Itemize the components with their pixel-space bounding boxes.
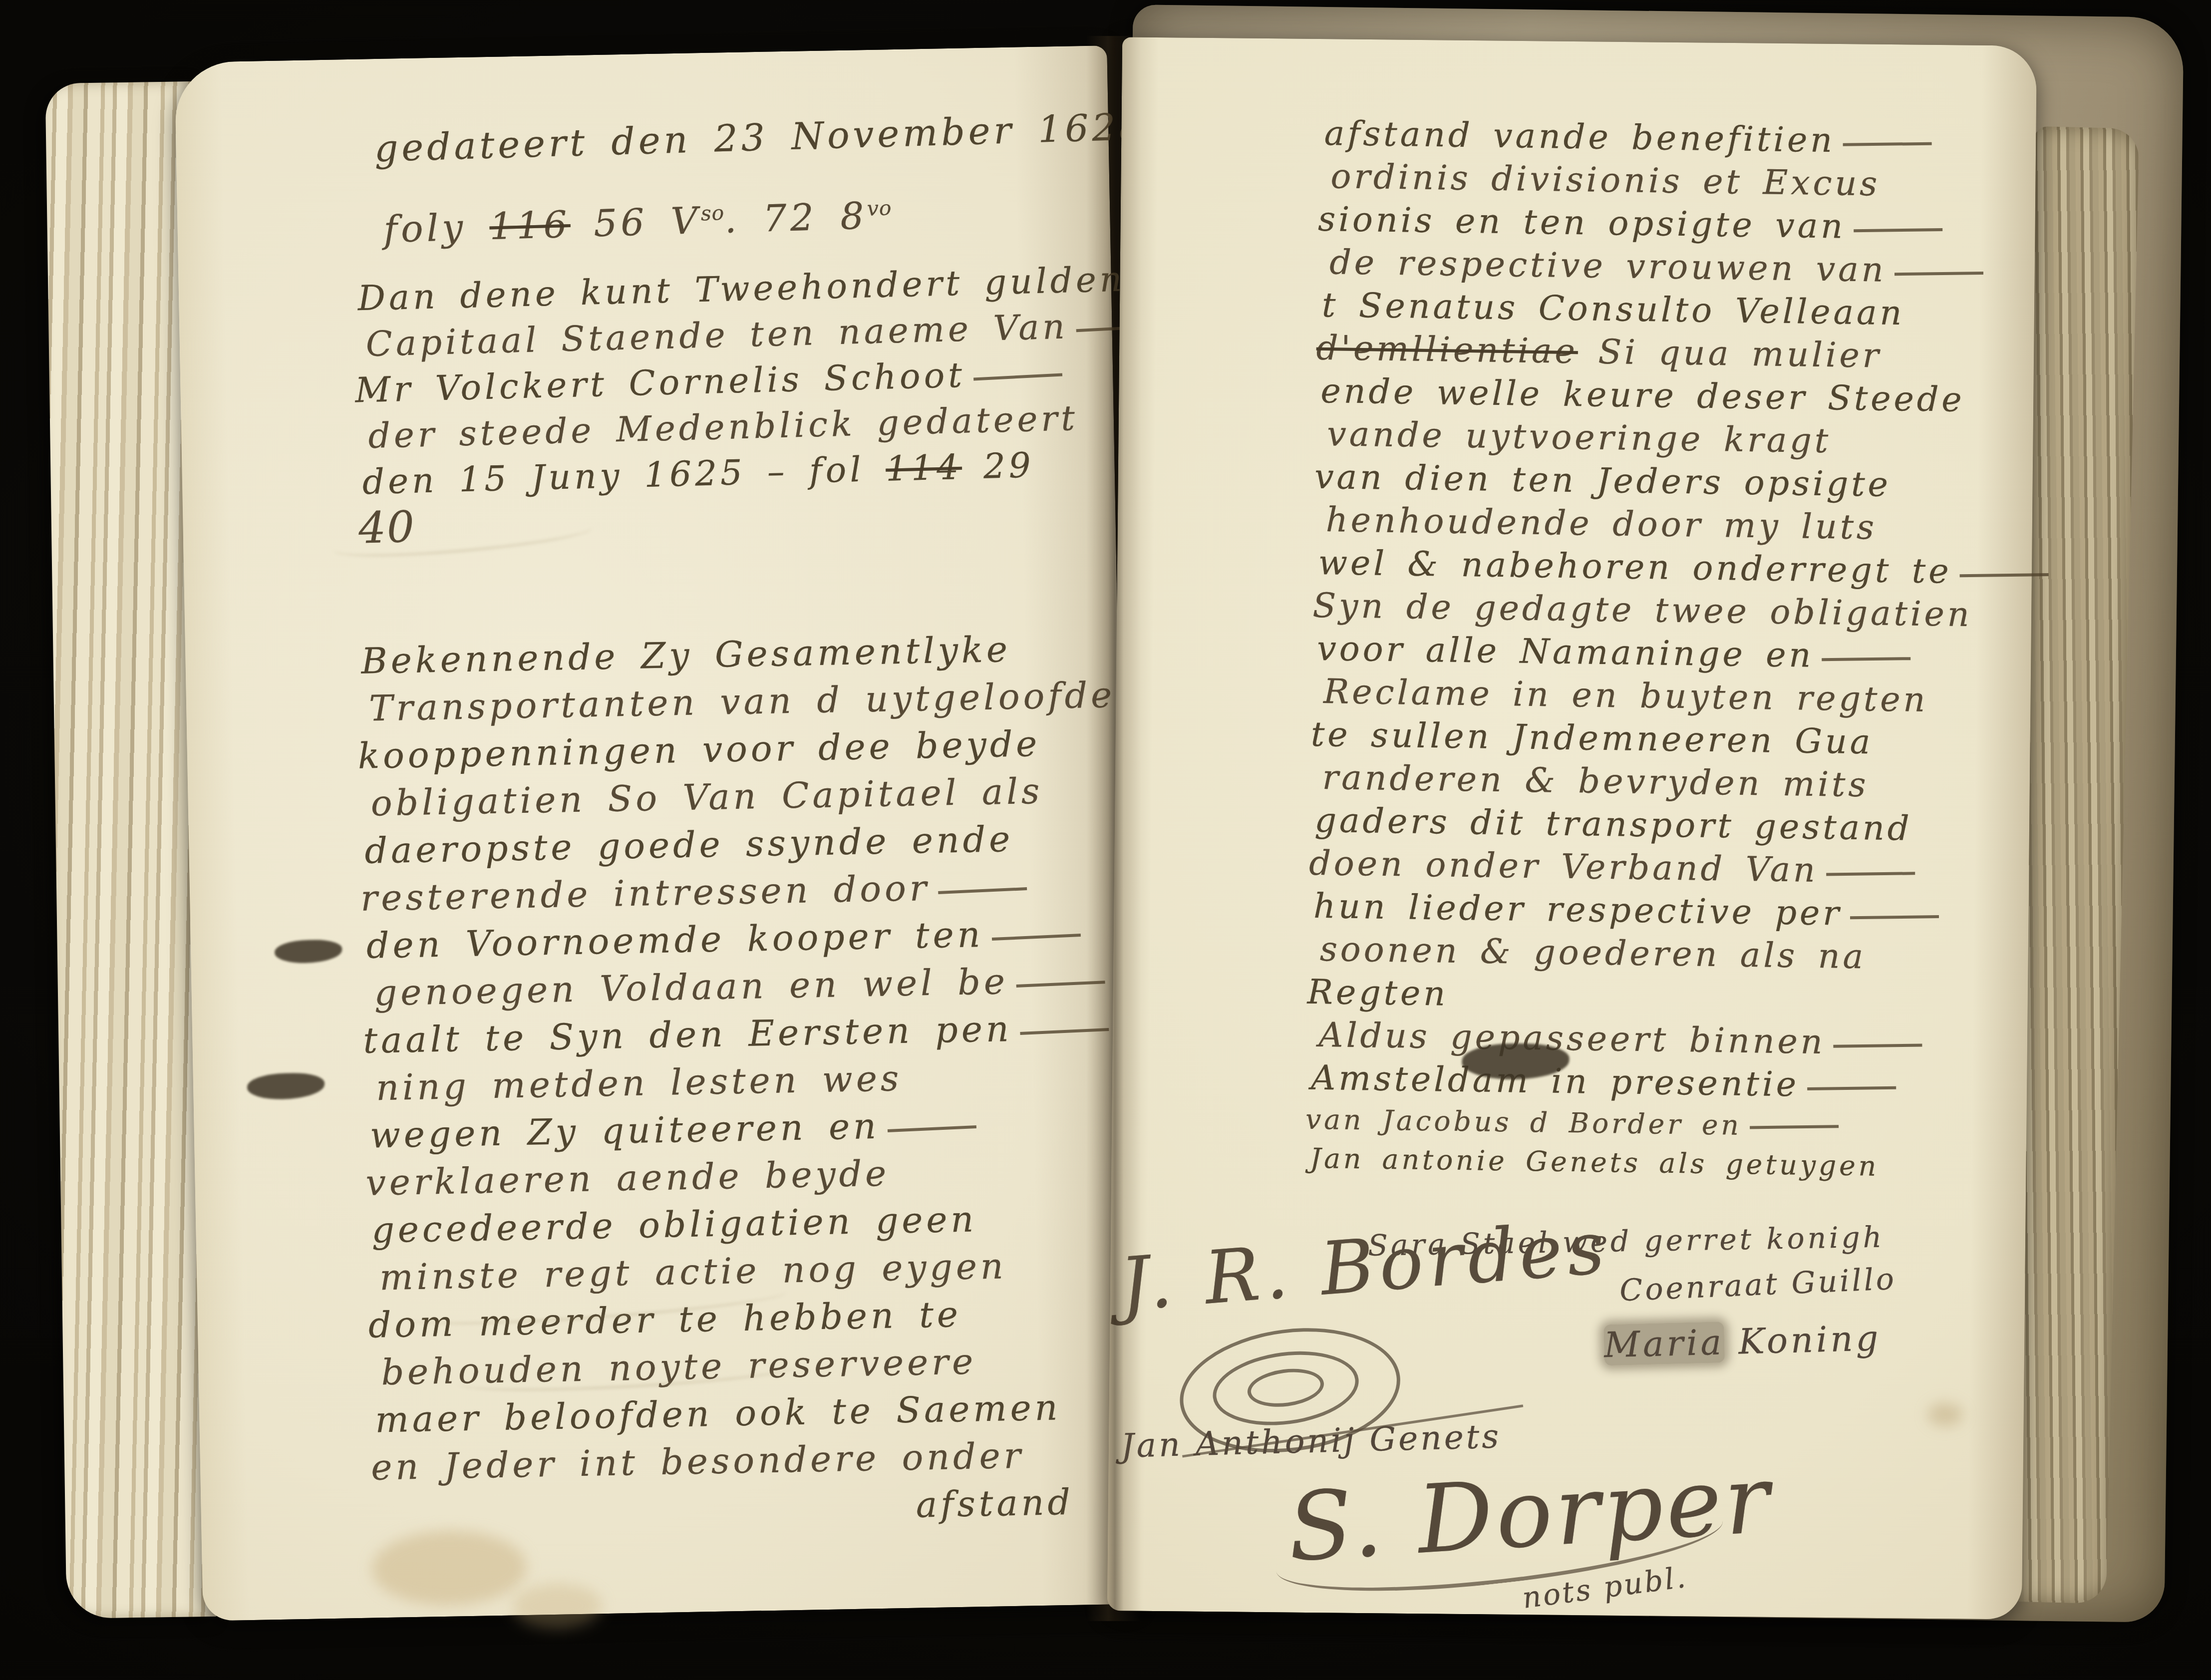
signature-genets: Jan Anthonij Genets (1120, 1417, 1502, 1465)
ink-blot (247, 1072, 325, 1100)
smudged-first-name: Maria (1603, 1322, 1725, 1365)
paper-stain (371, 1529, 528, 1607)
signature-maria-koning: Maria Koning (1603, 1318, 1882, 1365)
left-page-body-text: Bekennende Zy GesamentlykeTransportanten… (361, 624, 1131, 1538)
right-page-body-text: afstand vande benefitienordinis division… (1310, 112, 2055, 1188)
ink-blot (275, 940, 342, 964)
left-page-date-heading: gedateert den 23 November 1628foly 116 5… (373, 90, 1149, 267)
signature-dorper: S. Dorper (1285, 1444, 1775, 1583)
right-page: afstand vande benefitienordinis division… (1107, 37, 2037, 1619)
foxing-spot (1928, 1403, 1963, 1426)
signature-coenraat-guillo: Coenraat Guillo (1619, 1262, 1897, 1309)
photo-open-manuscript-register: gedateert den 23 November 1628foly 116 5… (0, 0, 2211, 1680)
left-page-reference-block: Dan dene kunt Tweehondert guldenCapitaal… (357, 256, 1171, 552)
paper-stain (512, 1583, 603, 1629)
manuscript-line: afstand (916, 1477, 1131, 1529)
signature-bordes: J. R. Bordes (1117, 1205, 1612, 1328)
left-page: gedateert den 23 November 1628foly 116 5… (175, 45, 1136, 1621)
